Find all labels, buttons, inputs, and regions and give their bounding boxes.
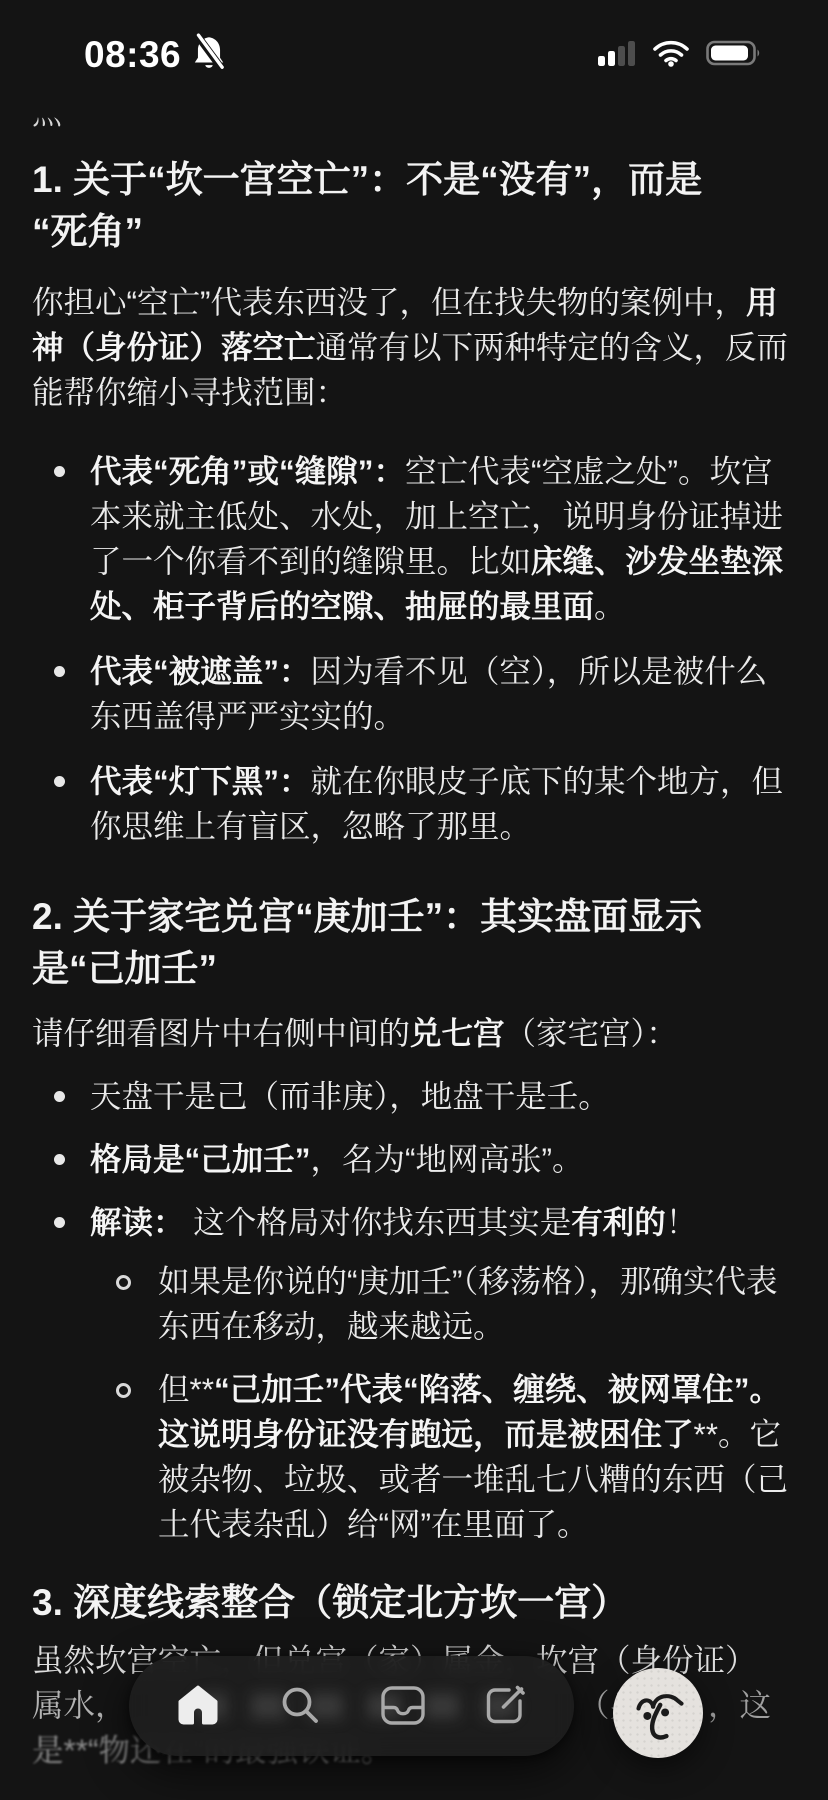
list-item: 天盘干是己（而非庚），地盘干是壬。 [32, 1074, 796, 1119]
section-1-heading: 1. 关于“坎一宫空亡”：不是“没有”，而是 “死角” [32, 154, 796, 258]
bell-slash-icon [191, 33, 227, 78]
compose-button[interactable] [480, 1681, 530, 1731]
chat-message-body: 灬 1. 关于“坎一宫空亡”：不是“没有”，而是 “死角” 你担心“空亡”代表东… [32, 96, 796, 1773]
line2-fragment-right: ，这 [708, 1683, 771, 1728]
section-2-sublist: 如果是你说的“庚加壬”（移荡格），那确实代表东西在移动，越来越远。 但**“己加… [90, 1259, 796, 1547]
search-button[interactable] [275, 1681, 325, 1731]
list-item: 格局是“己加壬”，名为“地网高张”。 [32, 1137, 796, 1182]
section-1-intro: 你担心“空亡”代表东西没了，但在找失物的案例中，用神（身份证）落空亡通常有以下两… [32, 280, 796, 415]
phone-screen: 08:36 [0, 0, 828, 1800]
compose-icon [481, 1681, 529, 1732]
list-item: 代表“死角”或“缝隙”：空亡代表“空虚之处”。坎宫本来就主低处、水处，加上空亡，… [32, 449, 796, 629]
section-1-list: 代表“死角”或“缝隙”：空亡代表“空虚之处”。坎宫本来就主低处、水处，加上空亡，… [32, 449, 796, 849]
inbox-button[interactable] [378, 1681, 428, 1731]
line2-fragment-left: 属水， [32, 1683, 127, 1728]
section-2-intro: 请仔细看图片中右侧中间的兑七宫（家宅宫）： [32, 1011, 796, 1056]
list-item: 代表“灯下黑”：就在你眼皮子底下的某个地方，但你思维上有盲区，忽略了那里。 [32, 759, 796, 849]
search-icon [276, 1681, 324, 1732]
home-icon [174, 1681, 222, 1732]
battery-icon [706, 39, 764, 72]
clock: 08:36 [84, 34, 181, 76]
home-button[interactable] [173, 1681, 223, 1731]
section-3-heading: 3. 深度线索整合（锁定北方坎一宫） [32, 1577, 796, 1629]
assistant-fab[interactable] [613, 1668, 703, 1758]
face-logo-icon [619, 1673, 697, 1754]
section-2-heading: 2. 关于家宅兑宫“庚加壬”：其实盘面显示 是“己加壬” [32, 891, 796, 995]
list-item: 代表“被遮盖”：因为看不见（空），所以是被什么东西盖得严严实实的。 [32, 649, 796, 739]
status-bar: 08:36 [0, 24, 828, 86]
clipped-text-fragment: 灬 [32, 100, 796, 130]
sub-list-item: 但**“己加壬”代表“陷落、缠绕、被网罩住”。这说明身份证没有跑远，而是被困住了… [90, 1367, 796, 1547]
section-2-list: 天盘干是己（而非庚），地盘干是壬。 格局是“己加壬”，名为“地网高张”。 解读：… [32, 1074, 796, 1547]
list-item: 解读： 这个格局对你找东西其实是有利的！ 如果是你说的“庚加壬”（移荡格），那确… [32, 1200, 796, 1547]
wifi-icon [652, 39, 690, 72]
inbox-tray-icon [378, 1681, 428, 1732]
cellular-signal-icon [598, 39, 636, 72]
bottom-dock [129, 1656, 574, 1756]
sub-list-item: 如果是你说的“庚加壬”（移荡格），那确实代表东西在移动，越来越远。 [90, 1259, 796, 1349]
